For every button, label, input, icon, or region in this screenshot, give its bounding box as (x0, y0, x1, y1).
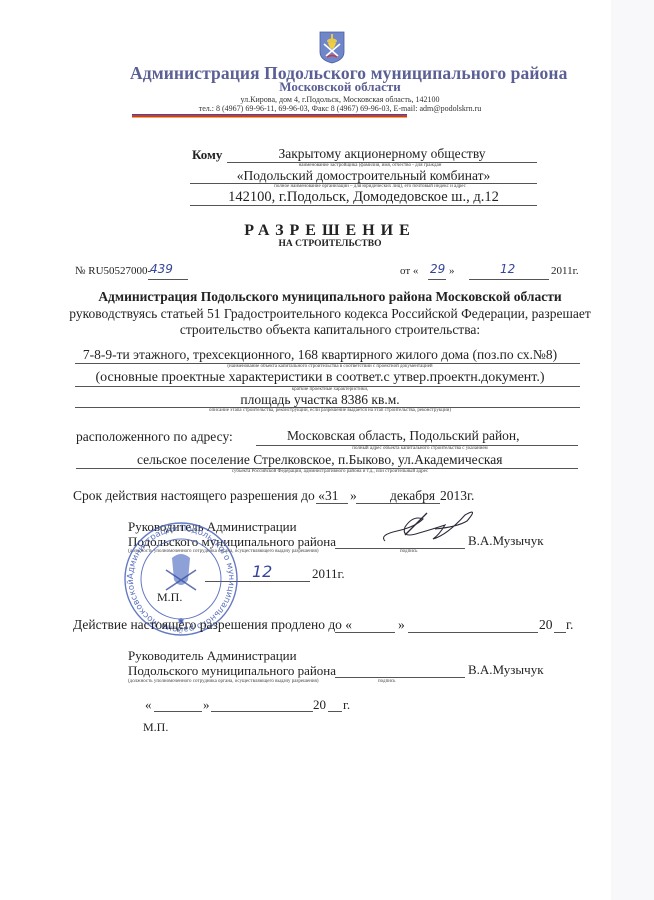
podolsk-coat-of-arms-icon (318, 30, 346, 64)
validity-label: Срок действия настоящего разрешения до « (73, 488, 325, 504)
validity-sep: » (350, 488, 357, 504)
extension-label: Действие настоящего разрешения продлено … (73, 617, 352, 633)
date-sep: » (449, 265, 455, 277)
address-label: расположенного по адресу: (76, 429, 233, 445)
date2-year-line (328, 711, 342, 712)
issue-year: 2011г. (312, 566, 345, 582)
extension-year-suffix: г. (566, 617, 573, 633)
date2-year-suffix: г. (343, 697, 350, 713)
document-title: РАЗРЕШЕНИЕ (60, 222, 600, 240)
extension-sep: » (398, 617, 405, 633)
issue-month-handwritten: 12 (252, 562, 272, 581)
date-prefix: от « (400, 265, 418, 277)
date2-open: « (145, 697, 152, 713)
org-contacts: тел.: 8 (4967) 69-96-11, 69-96-03, Факс … (130, 104, 550, 113)
date-month-line (469, 279, 549, 280)
date-day-line (428, 279, 446, 280)
org-address: ул.Кирова, дом 4, г.Подольск, Московская… (130, 95, 550, 104)
org-region: Московской области (130, 79, 550, 95)
date-month-handwritten: 12 (500, 262, 515, 276)
extension-year-line (554, 632, 566, 633)
recipient-org-type: Закрытому акционерному обществу (227, 146, 537, 162)
date2-year-prefix: 20 (313, 697, 326, 713)
address-value-2: сельское поселение Стрелковское, п.Быков… (137, 452, 503, 468)
site-area: площадь участка 8386 кв.м. (60, 392, 580, 408)
letterhead-divider (132, 114, 407, 118)
recipient-address: 142100, г.Подольск, Домодедовское ш., д.… (190, 189, 537, 206)
extension-month-line (408, 632, 538, 633)
date2-month-line (211, 711, 313, 712)
address-caption-1: полный адрес объекта капитального строит… (260, 446, 580, 451)
recipient-label: Кому (192, 147, 222, 163)
document-subtitle: НА СТРОИТЕЛЬСТВО (60, 239, 600, 249)
legal-basis-line-1: руководствуясь статьей 51 Градостроитель… (60, 306, 600, 322)
permit-number-handwritten: 439 (150, 262, 173, 276)
date-year: 2011г. (551, 265, 579, 277)
handwritten-signature (375, 505, 485, 550)
signer-name-2: В.А.Музычук (468, 662, 544, 678)
address-caption-2: субъекта Российской Федерации, администр… (60, 469, 600, 474)
extension-day-line (335, 632, 395, 633)
signer2-position-line-2: Подольского муниципального района (128, 663, 336, 679)
area-caption: описание этапа строительства, реконструк… (60, 408, 600, 413)
date2-day-line (154, 711, 202, 712)
position-caption-2: (должность уполномоченного сотрудника ор… (128, 679, 319, 684)
signer2-position-line-1: Руководитель Администрации (128, 648, 297, 664)
scan-margin (611, 0, 654, 900)
signature-caption-2: подпись (378, 679, 395, 684)
validity-year: 2013г. (440, 488, 474, 504)
recipient-org-name: «Подольский домостроительный комбинат» (190, 168, 537, 184)
signature-line-2 (335, 677, 465, 678)
validity-day: 31 (325, 488, 339, 504)
date2-sep: » (203, 697, 210, 713)
seal-label-2: М.П. (143, 720, 168, 735)
permit-number-line (148, 279, 188, 280)
object-name: 7-8-9-ти этажного, трехсекционного, 168 … (60, 347, 580, 363)
permit-number-prefix: № RU50527000- (75, 265, 151, 277)
extension-year-prefix: 20 (539, 617, 553, 633)
address-value-1: Московская область, Подольский район, (287, 428, 520, 444)
issuing-authority: Администрация Подольского муниципального… (60, 289, 600, 305)
validity-month: декабря (390, 488, 435, 504)
date-day-handwritten: 29 (430, 262, 445, 276)
object-characteristics: (основные проектные характеристики в соо… (60, 370, 580, 386)
legal-basis-line-2: строительство объекта капитального строи… (60, 322, 600, 338)
object-caption: (наименование объекта капитального строи… (60, 364, 600, 369)
